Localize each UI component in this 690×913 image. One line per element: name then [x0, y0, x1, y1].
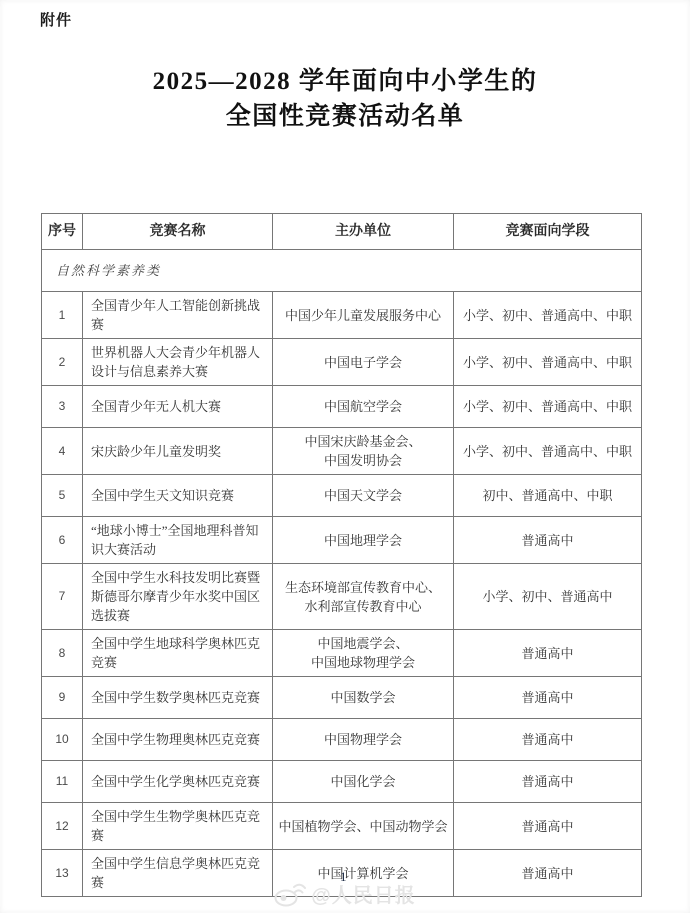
category-section-row: 自然科学素养类	[42, 250, 642, 292]
serial-number-cell: 5	[42, 475, 83, 517]
document-title-line2: 全国性竞赛活动名单	[0, 99, 690, 134]
table-row: 4宋庆龄少年儿童发明奖中国宋庆龄基金会、中国发明协会小学、初中、普通高中、中职	[42, 428, 642, 475]
header-target-stage: 竞赛面向学段	[454, 214, 642, 250]
table-row: 2世界机器人大会青少年机器人设计与信息素养大赛中国电子学会小学、初中、普通高中、…	[42, 339, 642, 386]
target-stage-cell: 小学、初中、普通高中	[454, 564, 642, 630]
organizer-cell: 中国植物学会、中国动物学会	[273, 803, 454, 850]
weibo-icon	[274, 880, 306, 907]
serial-number-cell: 6	[42, 517, 83, 564]
table-row: 10全国中学生物理奥林匹克竞赛中国物理学会普通高中	[42, 719, 642, 761]
competition-name-cell: 全国中学生化学奥林匹克竞赛	[83, 761, 273, 803]
organizer-cell: 中国地理学会	[273, 517, 454, 564]
document-page: 附件 2025—2028 学年面向中小学生的 全国性竞赛活动名单 序号 竞赛名称…	[0, 0, 690, 913]
competition-name-cell: 全国中学生生物学奥林匹克竞赛	[83, 803, 273, 850]
document-title-line1: 2025—2028 学年面向中小学生的	[0, 64, 690, 99]
organizer-cell: 中国地震学会、中国地球物理学会	[273, 630, 454, 677]
organizer-cell: 中国天文学会	[273, 475, 454, 517]
header-competition-name: 竞赛名称	[83, 214, 273, 250]
competition-name-cell: “地球小博士”全国地理科普知识大赛活动	[83, 517, 273, 564]
target-stage-cell: 普通高中	[454, 517, 642, 564]
competition-name-cell: 全国中学生水科技发明比赛暨斯德哥尔摩青少年水奖中国区选拔赛	[83, 564, 273, 630]
table-row: 6“地球小博士”全国地理科普知识大赛活动中国地理学会普通高中	[42, 517, 642, 564]
table-row: 7全国中学生水科技发明比赛暨斯德哥尔摩青少年水奖中国区选拔赛生态环境部宣传教育中…	[42, 564, 642, 630]
target-stage-cell: 初中、普通高中、中职	[454, 475, 642, 517]
organizer-cell: 生态环境部宣传教育中心、水利部宣传教育中心	[273, 564, 454, 630]
page-number: 1	[340, 869, 347, 885]
attachment-label: 附件	[40, 9, 72, 30]
serial-number-cell: 1	[42, 292, 83, 339]
table-header-row: 序号 竞赛名称 主办单位 竞赛面向学段	[42, 214, 642, 250]
serial-number-cell: 10	[42, 719, 83, 761]
competition-name-cell: 全国中学生地球科学奥林匹克竞赛	[83, 630, 273, 677]
table-row: 8全国中学生地球科学奥林匹克竞赛中国地震学会、中国地球物理学会普通高中	[42, 630, 642, 677]
organizer-cell: 中国化学会	[273, 761, 454, 803]
competition-name-cell: 全国中学生天文知识竞赛	[83, 475, 273, 517]
table-row: 12全国中学生生物学奥林匹克竞赛中国植物学会、中国动物学会普通高中	[42, 803, 642, 850]
table-row: 1全国青少年人工智能创新挑战赛中国少年儿童发展服务中心小学、初中、普通高中、中职	[42, 292, 642, 339]
serial-number-cell: 3	[42, 386, 83, 428]
serial-number-cell: 7	[42, 564, 83, 630]
competition-name-cell: 宋庆龄少年儿童发明奖	[83, 428, 273, 475]
competition-name-cell: 全国中学生数学奥林匹克竞赛	[83, 677, 273, 719]
category-section-label: 自然科学素养类	[42, 250, 642, 292]
organizer-cell: 中国宋庆龄基金会、中国发明协会	[273, 428, 454, 475]
table-row: 5全国中学生天文知识竞赛中国天文学会初中、普通高中、中职	[42, 475, 642, 517]
serial-number-cell: 8	[42, 630, 83, 677]
organizer-cell: 中国航空学会	[273, 386, 454, 428]
serial-number-cell: 12	[42, 803, 83, 850]
competition-name-cell: 全国中学生物理奥林匹克竞赛	[83, 719, 273, 761]
competition-table: 序号 竞赛名称 主办单位 竞赛面向学段 自然科学素养类 1全国青少年人工智能创新…	[41, 213, 642, 897]
organizer-cell: 中国数学会	[273, 677, 454, 719]
target-stage-cell: 小学、初中、普通高中、中职	[454, 386, 642, 428]
watermark-text: @人民日报	[311, 879, 416, 908]
target-stage-cell: 小学、初中、普通高中、中职	[454, 428, 642, 475]
target-stage-cell: 普通高中	[454, 677, 642, 719]
competition-name-cell: 全国青少年人工智能创新挑战赛	[83, 292, 273, 339]
competition-name-cell: 世界机器人大会青少年机器人设计与信息素养大赛	[83, 339, 273, 386]
organizer-cell: 中国电子学会	[273, 339, 454, 386]
header-serial-number: 序号	[42, 214, 83, 250]
target-stage-cell: 小学、初中、普通高中、中职	[454, 292, 642, 339]
header-organizer: 主办单位	[273, 214, 454, 250]
serial-number-cell: 4	[42, 428, 83, 475]
page-footer: @人民日报 1	[0, 875, 690, 909]
serial-number-cell: 11	[42, 761, 83, 803]
table-row: 9全国中学生数学奥林匹克竞赛中国数学会普通高中	[42, 677, 642, 719]
serial-number-cell: 9	[42, 677, 83, 719]
target-stage-cell: 小学、初中、普通高中、中职	[454, 339, 642, 386]
competition-name-cell: 全国青少年无人机大赛	[83, 386, 273, 428]
table-row: 11全国中学生化学奥林匹克竞赛中国化学会普通高中	[42, 761, 642, 803]
target-stage-cell: 普通高中	[454, 761, 642, 803]
target-stage-cell: 普通高中	[454, 630, 642, 677]
table-row: 3全国青少年无人机大赛中国航空学会小学、初中、普通高中、中职	[42, 386, 642, 428]
target-stage-cell: 普通高中	[454, 719, 642, 761]
target-stage-cell: 普通高中	[454, 803, 642, 850]
organizer-cell: 中国物理学会	[273, 719, 454, 761]
serial-number-cell: 2	[42, 339, 83, 386]
organizer-cell: 中国少年儿童发展服务中心	[273, 292, 454, 339]
document-title: 2025—2028 学年面向中小学生的 全国性竞赛活动名单	[0, 64, 690, 134]
